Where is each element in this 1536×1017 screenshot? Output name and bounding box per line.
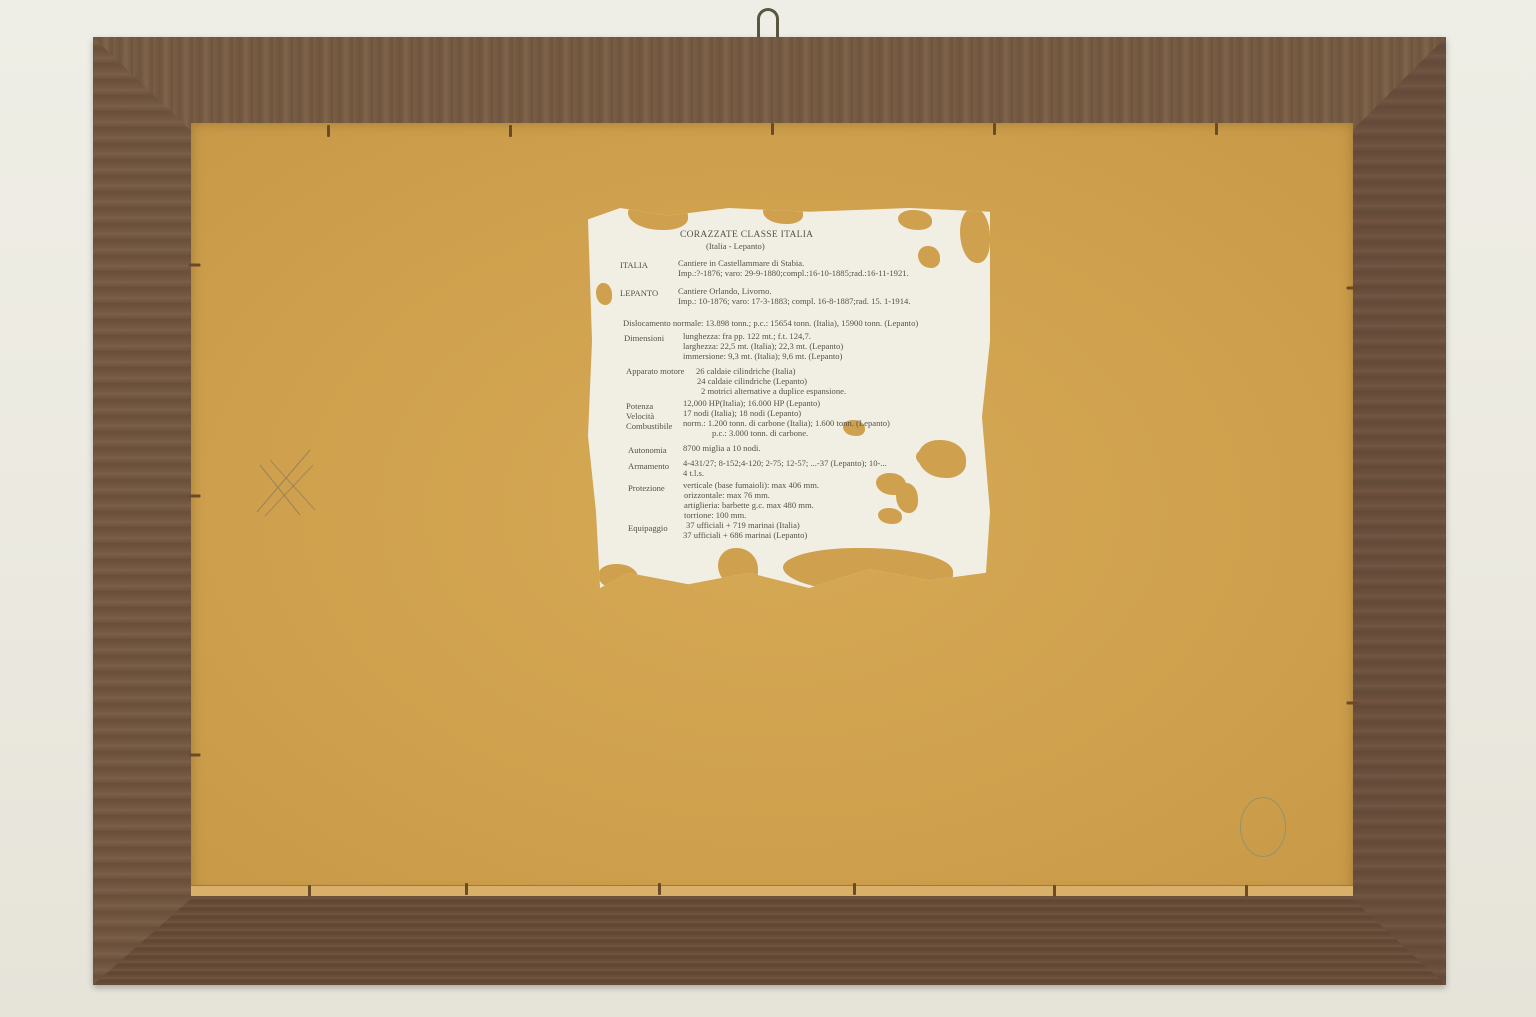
entry-line: verticale (base fumaioli): max 406 mm.	[683, 480, 819, 491]
stain	[878, 508, 902, 524]
nail	[327, 125, 330, 137]
entry-line: 8700 miglia a 10 nodi.	[683, 443, 761, 454]
entry-line: larghezza: 22,5 mt. (Italia); 22,3 mt. (…	[683, 341, 843, 352]
entry-key: Dimensioni	[624, 333, 664, 344]
nail	[1215, 123, 1218, 135]
nail	[771, 123, 774, 135]
stain	[898, 210, 932, 230]
entry-line: 37 ufficiali + 686 marinai (Lepanto)	[683, 530, 807, 541]
ship-data-label: CORAZZATE CLASSE ITALIA (Italia - Lepant…	[588, 208, 990, 588]
entry-key: Apparato motore	[626, 366, 684, 377]
frame-rail-top	[93, 37, 1446, 133]
entry-line: 4-431/27; 8-152;4-120; 2-75; 12-57; ...-…	[683, 458, 887, 469]
pencil-x-mark	[255, 450, 325, 520]
entry-line: 17 nodi (Italia); 18 nodi (Lepanto)	[683, 408, 801, 419]
entry-line: Imp.:?-1876; varo: 29-9-1880;compl.:16-1…	[678, 268, 909, 279]
frame-rail-left	[93, 37, 193, 985]
stain	[596, 283, 612, 305]
entry-line: Dislocamento normale: 13.898 tonn.; p.c.…	[623, 318, 918, 329]
label-subtitle: (Italia - Lepanto)	[706, 241, 765, 252]
entry-key: Armamento	[628, 461, 669, 472]
entry-line: Cantiere in Castellammare di Stabia.	[678, 258, 804, 269]
entry-line: 24 caldaie cilindriche (Lepanto)	[697, 376, 807, 387]
entry-line: 2 motrici alternative a duplice espansio…	[701, 386, 846, 397]
nail	[465, 883, 468, 895]
entry-line: p.c.: 3.000 tonn. di carbone.	[712, 428, 808, 439]
nail	[189, 264, 201, 267]
stain	[918, 440, 966, 478]
nail	[993, 123, 996, 135]
entry-key: Combustibile	[626, 421, 672, 432]
entry-line: Cantiere Orlando, Livorno.	[678, 286, 772, 297]
entry-line: Imp.: 10-1876; varo: 17-3-1883; compl. 1…	[678, 296, 910, 307]
entry-line: 4 t.l.s.	[683, 468, 704, 479]
entry-line: 26 caldaie cilindriche (Italia)	[696, 366, 796, 377]
entry-key: LEPANTO	[620, 288, 658, 299]
nail	[509, 125, 512, 137]
nail	[308, 885, 311, 897]
nail	[658, 883, 661, 895]
frame-rail-right	[1350, 37, 1446, 985]
nail	[1245, 885, 1248, 897]
entry-line: orizzontale: max 76 mm.	[684, 490, 770, 501]
nail	[853, 883, 856, 895]
entry-line: lunghezza: fra pp. 122 mt.; f.t. 124,7.	[683, 331, 811, 342]
entry-key: ITALIA	[620, 260, 648, 271]
nail	[1347, 287, 1359, 290]
entry-line: 37 ufficiali + 719 marinai (Italia)	[686, 520, 800, 531]
nail	[189, 754, 201, 757]
nail	[1053, 885, 1056, 897]
stain	[960, 208, 990, 263]
nail	[189, 495, 201, 498]
entry-line: norm.: 1.200 tonn. di carbone (Italia); …	[683, 418, 890, 429]
stain	[918, 246, 940, 268]
nail	[1347, 702, 1359, 705]
entry-line: artiglieria: barbette g.c. max 480 mm.	[684, 500, 814, 511]
stain	[896, 483, 918, 513]
entry-key: Autonomia	[628, 445, 667, 456]
entry-key: Velocità	[626, 411, 654, 422]
frame-rail-bottom	[93, 897, 1446, 985]
label-title: CORAZZATE CLASSE ITALIA	[680, 230, 813, 241]
entry-key: Potenza	[626, 401, 653, 412]
cardboard-lower-edge	[191, 885, 1353, 896]
entry-line: torrione: 100 mm.	[684, 510, 746, 521]
pencil-circle-mark	[1240, 797, 1286, 857]
entry-line: immersione: 9,3 mt. (Italia); 9,6 mt. (L…	[683, 351, 842, 362]
entry-key: Protezione	[628, 483, 665, 494]
entry-line: 12,000 HP(Italia); 16.000 HP (Lepanto)	[683, 398, 820, 409]
entry-key: Equipaggio	[628, 523, 668, 534]
